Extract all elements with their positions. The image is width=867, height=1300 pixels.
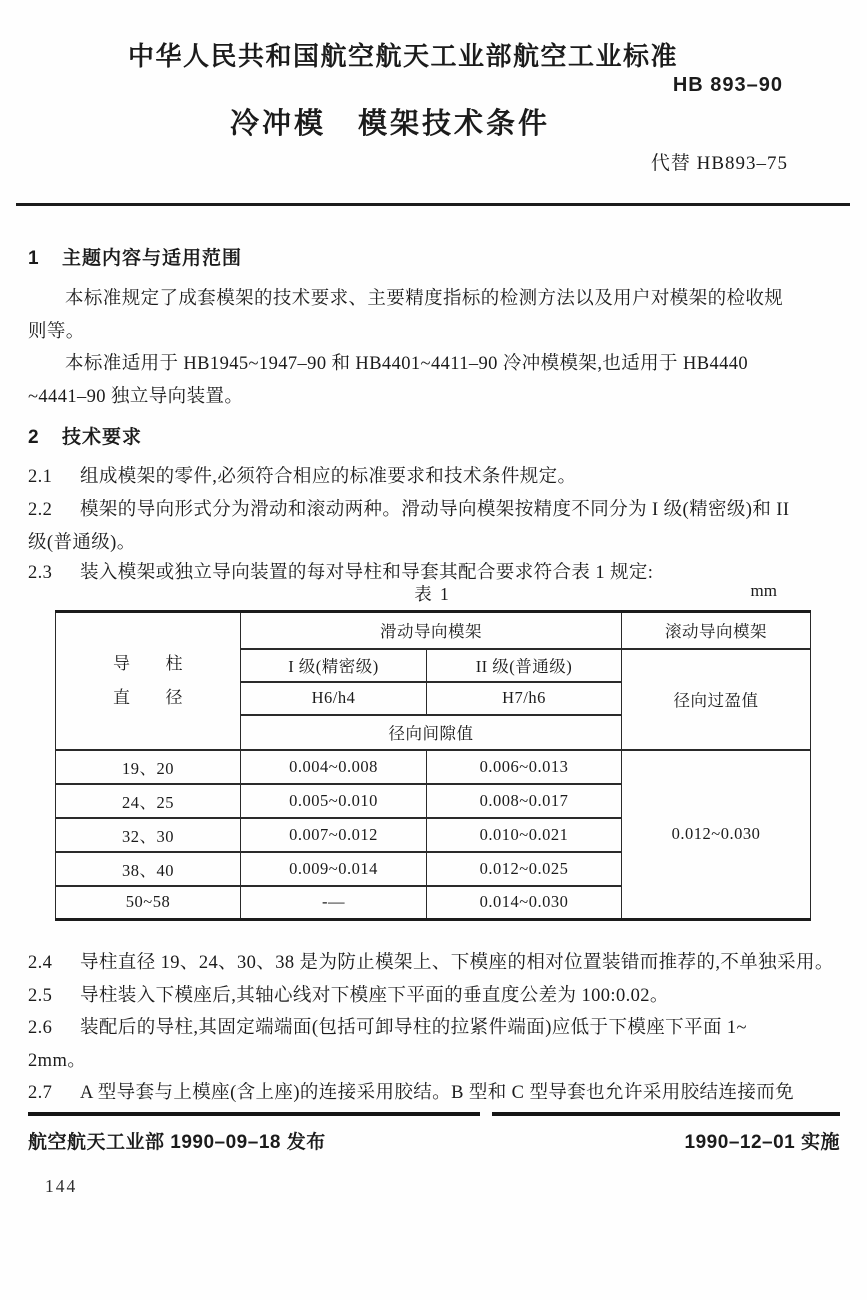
section-1-heading: 1主题内容与适用范围 xyxy=(28,243,840,270)
cell-diameter: 24、25 xyxy=(56,784,241,818)
paragraph-line: 本标准适用于 HB1945~1947–90 和 HB4401~4411–90 冷… xyxy=(28,348,840,381)
col-header-grade-1: I 级(精密级) xyxy=(241,649,427,682)
clause-2-7: 2.7A 型导套与上模座(含上座)的连接采用胶结。B 型和 C 型导套也允许采用… xyxy=(28,1077,840,1110)
cell-clearance-grade2: 0.012~0.025 xyxy=(427,852,622,886)
clause-text: 模架的导向形式分为滑动和滚动两种。滑动导向模架按精度不同分为 I 级(精密级)和… xyxy=(80,500,789,520)
cell-clearance-grade2: 0.010~0.021 xyxy=(427,818,622,852)
cell-clearance-grade1: 0.004~0.008 xyxy=(241,750,427,784)
doc-title: 冷冲模 模架技术条件 xyxy=(230,101,550,142)
cell-diameter: 38、40 xyxy=(56,852,241,886)
table-row: 19、20 0.004~0.008 0.006~0.013 0.012~0.03… xyxy=(56,750,811,784)
clause-2-6: 2.6装配后的导柱,其固定端端面(包括可卸导柱的拉紧件端面)应低于下模座下平面 … xyxy=(28,1012,840,1078)
cell-clearance-grade1: -— xyxy=(241,886,427,920)
document-page: 中华人民共和国航空航天工业部航空工业标准 HB 893–90 冷冲模 模架技术条… xyxy=(0,0,867,1300)
clause-2-4: 2.4导柱直径 19、24、30、38 是为防止模架上、下模座的相对位置装错而推… xyxy=(28,947,840,980)
section-1-paragraph-1: 本标准规定了成套模架的技术要求、主要精度指标的检测方法以及用户对模架的检收规 则… xyxy=(28,283,840,349)
cell-clearance-grade1: 0.005~0.010 xyxy=(241,784,427,818)
col-header-rolling-guide: 滚动导向模架 xyxy=(622,612,811,649)
col-header-radial-interference: 径向过盈值 xyxy=(622,649,811,750)
section-1-paragraph-2: 本标准适用于 HB1945~1947–90 和 HB4401~4411–90 冷… xyxy=(28,348,840,414)
clause-text: 装配后的导柱,其固定端端面(包括可卸导柱的拉紧件端面)应低于下模座下平面 1~ xyxy=(80,1018,747,1038)
footer-issued-date: 航空航天工业部 1990–09–18 发布 xyxy=(28,1127,326,1154)
clause-text: 级(普通级)。 xyxy=(28,527,840,560)
page-number: 144 xyxy=(45,1176,77,1197)
clause-text: 组成模架的零件,必须符合相应的标准要求和技术条件规定。 xyxy=(80,467,576,487)
header-divider-rule xyxy=(16,203,850,206)
col-header-pillar-diameter: 导 柱 直 径 xyxy=(56,612,241,750)
clause-number: 2.2 xyxy=(28,494,80,527)
section-1-number: 1 xyxy=(28,248,62,270)
footer-divider-rule-right xyxy=(492,1112,840,1116)
cell-clearance-grade2: 0.014~0.030 xyxy=(427,886,622,920)
clause-number: 2.6 xyxy=(28,1012,80,1045)
table-caption: 表 1 xyxy=(55,581,810,606)
cell-clearance-grade1: 0.007~0.012 xyxy=(241,818,427,852)
clause-text: A 型导套与上模座(含上座)的连接采用胶结。B 型和 C 型导套也允许采用胶结连… xyxy=(80,1083,794,1103)
clause-number: 2.1 xyxy=(28,461,80,494)
fit-designation-2: H7/h6 xyxy=(427,682,622,715)
clause-number: 2.4 xyxy=(28,947,80,980)
replaces-note: 代替 HB893–75 xyxy=(651,148,788,175)
org-standard-line: 中华人民共和国航空航天工业部航空工业标准 xyxy=(128,36,678,73)
clause-2-1: 2.1组成模架的零件,必须符合相应的标准要求和技术条件规定。 xyxy=(28,461,840,494)
cell-diameter: 32、30 xyxy=(56,818,241,852)
paragraph-line: 则等。 xyxy=(28,316,840,349)
paragraph-line: ~4441–90 独立导向装置。 xyxy=(28,381,840,414)
clause-text: 2mm。 xyxy=(28,1045,840,1078)
col-header-line: 导 柱 xyxy=(56,647,240,681)
table-header-row: 导 柱 直 径 滑动导向模架 滚动导向模架 xyxy=(56,612,811,649)
col-header-radial-clearance: 径向间隙值 xyxy=(241,715,622,750)
clause-text: 装入模架或独立导向装置的每对导柱和导套其配合要求符合表 1 规定: xyxy=(80,563,653,583)
paragraph-line: 本标准规定了成套模架的技术要求、主要精度指标的检测方法以及用户对模架的检收规 xyxy=(28,283,840,316)
fit-designation-1: H6/h4 xyxy=(241,682,427,715)
section-1-title: 主题内容与适用范围 xyxy=(62,248,242,269)
table-1: 导 柱 直 径 滑动导向模架 滚动导向模架 I 级(精密级) II 级(普通级)… xyxy=(55,610,811,921)
cell-clearance-grade1: 0.009~0.014 xyxy=(241,852,427,886)
clause-2-5: 2.5导柱装入下模座后,其轴心线对下模座下平面的垂直度公差为 100:0.02。 xyxy=(28,980,840,1013)
col-header-grade-2: II 级(普通级) xyxy=(427,649,622,682)
cell-clearance-grade2: 0.008~0.017 xyxy=(427,784,622,818)
clause-number: 2.5 xyxy=(28,980,80,1013)
cell-rolling-interference-value: 0.012~0.030 xyxy=(622,750,811,920)
clause-number: 2.7 xyxy=(28,1077,80,1110)
footer-divider-rule-left xyxy=(28,1112,480,1116)
clause-text: 导柱装入下模座后,其轴心线对下模座下平面的垂直度公差为 100:0.02。 xyxy=(80,986,669,1006)
section-2-heading: 2技术要求 xyxy=(28,422,840,449)
cell-diameter: 19、20 xyxy=(56,750,241,784)
clause-2-2: 2.2模架的导向形式分为滑动和滚动两种。滑动导向模架按精度不同分为 I 级(精密… xyxy=(28,494,840,560)
cell-diameter: 50~58 xyxy=(56,886,241,920)
section-2-number: 2 xyxy=(28,427,62,449)
footer-implemented-date: 1990–12–01 实施 xyxy=(685,1127,840,1154)
table-caption-row: 表 1 mm xyxy=(55,581,810,605)
clause-text: 导柱直径 19、24、30、38 是为防止模架上、下模座的相对位置装错而推荐的,… xyxy=(80,953,834,973)
cell-clearance-grade2: 0.006~0.013 xyxy=(427,750,622,784)
section-2-title: 技术要求 xyxy=(62,427,142,448)
table-unit-label: mm xyxy=(751,581,777,601)
col-header-sliding-guide: 滑动导向模架 xyxy=(241,612,622,649)
standard-code: HB 893–90 xyxy=(673,74,783,97)
col-header-line: 直 径 xyxy=(56,681,240,715)
